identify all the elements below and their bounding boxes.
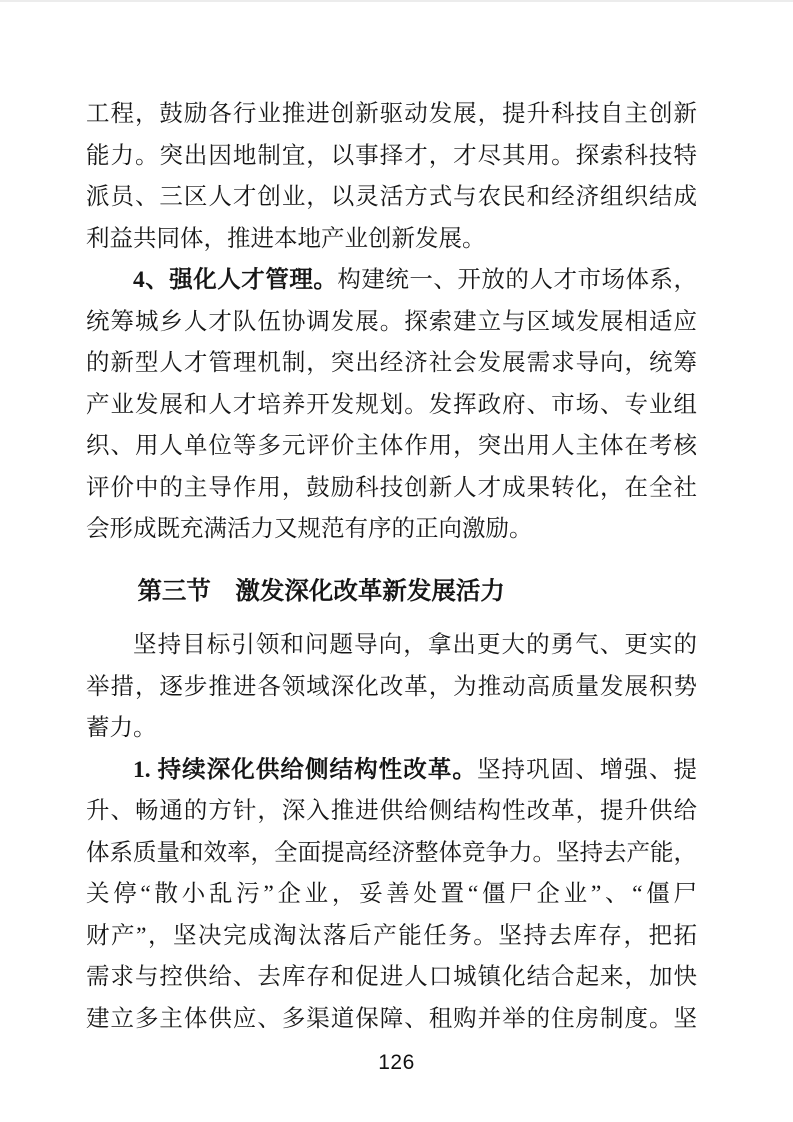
- page-number: 126: [378, 1051, 415, 1074]
- text-line: 建立多主体供应、多渠道保障、租购并举的住房制度。坚: [86, 999, 697, 1041]
- text-line: 1. 持续深化供给侧结构性改革。坚持巩固、增强、提: [86, 750, 697, 792]
- text-line: 蓄力。: [86, 708, 697, 750]
- paragraph-talent-management: 4、强化人才管理。构建统一、开放的人才市场体系， 统筹城乡人才队伍协调发展。探索…: [86, 260, 697, 551]
- paragraph-continuation: 工程，鼓励各行业推进创新驱动发展，提升科技自主创新 能力。突出因地制宜，以事择才…: [86, 94, 697, 260]
- text-line: 织、用人单位等多元评价主体作用，突出用人主体在考核: [86, 426, 697, 468]
- text-line: 升、畅通的方针，深入推进供给侧结构性改革，提升供给: [86, 791, 697, 833]
- text-line: 举措，逐步推进各领域深化改革，为推动高质量发展积势: [86, 667, 697, 709]
- section-heading: 第三节 激发深化改革新发展活力: [86, 571, 697, 613]
- text-line: 派员、三区人才创业，以灵活方式与农民和经济组织结成: [86, 177, 697, 219]
- text-line: 体系质量和效率，全面提高经济整体竞争力。坚持去产能，: [86, 833, 697, 875]
- text-line: 需求与控供给、去库存和促进人口城镇化结合起来，加快: [86, 957, 697, 999]
- text-run: 坚持巩固、增强、提: [477, 757, 697, 783]
- paragraph-supply-side-reform: 1. 持续深化供给侧结构性改革。坚持巩固、增强、提 升、畅通的方针，深入推进供给…: [86, 750, 697, 1041]
- text-line: 的新型人才管理机制，突出经济社会发展需求导向，统筹: [86, 343, 697, 385]
- text-line: 统筹城乡人才队伍协调发展。探索建立与区域发展相适应: [86, 302, 697, 344]
- text-line: 财产”，坚决完成淘汰落后产能任务。坚持去库存，把拓: [86, 916, 697, 958]
- text-line: 能力。突出因地制宜，以事择才，才尽其用。探索科技特: [86, 136, 697, 178]
- text-run: 构建统一、开放的人才市场体系，: [337, 267, 697, 293]
- page-top-edge: [0, 0, 793, 2]
- text-line: 4、强化人才管理。构建统一、开放的人才市场体系，: [86, 260, 697, 302]
- text-line: 工程，鼓励各行业推进创新驱动发展，提升科技自主创新: [86, 94, 697, 136]
- text-line: 关停“散小乱污”企业，妥善处置“僵尸企业”、“僵尸: [86, 874, 697, 916]
- text-line: 坚持目标引领和问题导向，拿出更大的勇气、更实的: [86, 625, 697, 667]
- text-line: 产业发展和人才培养开发规划。发挥政府、市场、专业组: [86, 385, 697, 427]
- text-block: 工程，鼓励各行业推进创新驱动发展，提升科技自主创新 能力。突出因地制宜，以事择才…: [86, 94, 697, 1040]
- document-page: 工程，鼓励各行业推进创新驱动发展，提升科技自主创新 能力。突出因地制宜，以事择才…: [0, 0, 793, 1122]
- paragraph-reform-intro: 坚持目标引领和问题导向，拿出更大的勇气、更实的 举措，逐步推进各领域深化改革，为…: [86, 625, 697, 750]
- text-line: 利益共同体，推进本地产业创新发展。: [86, 219, 697, 261]
- page-footer: 126: [0, 1051, 793, 1075]
- text-line: 会形成既充满活力又规范有序的正向激励。: [86, 509, 697, 551]
- text-line: 评价中的主导作用，鼓励科技创新人才成果转化，在全社: [86, 468, 697, 510]
- bold-lead-text: 1. 持续深化供给侧结构性改革。: [133, 757, 477, 783]
- bold-lead-text: 4、强化人才管理。: [133, 267, 337, 293]
